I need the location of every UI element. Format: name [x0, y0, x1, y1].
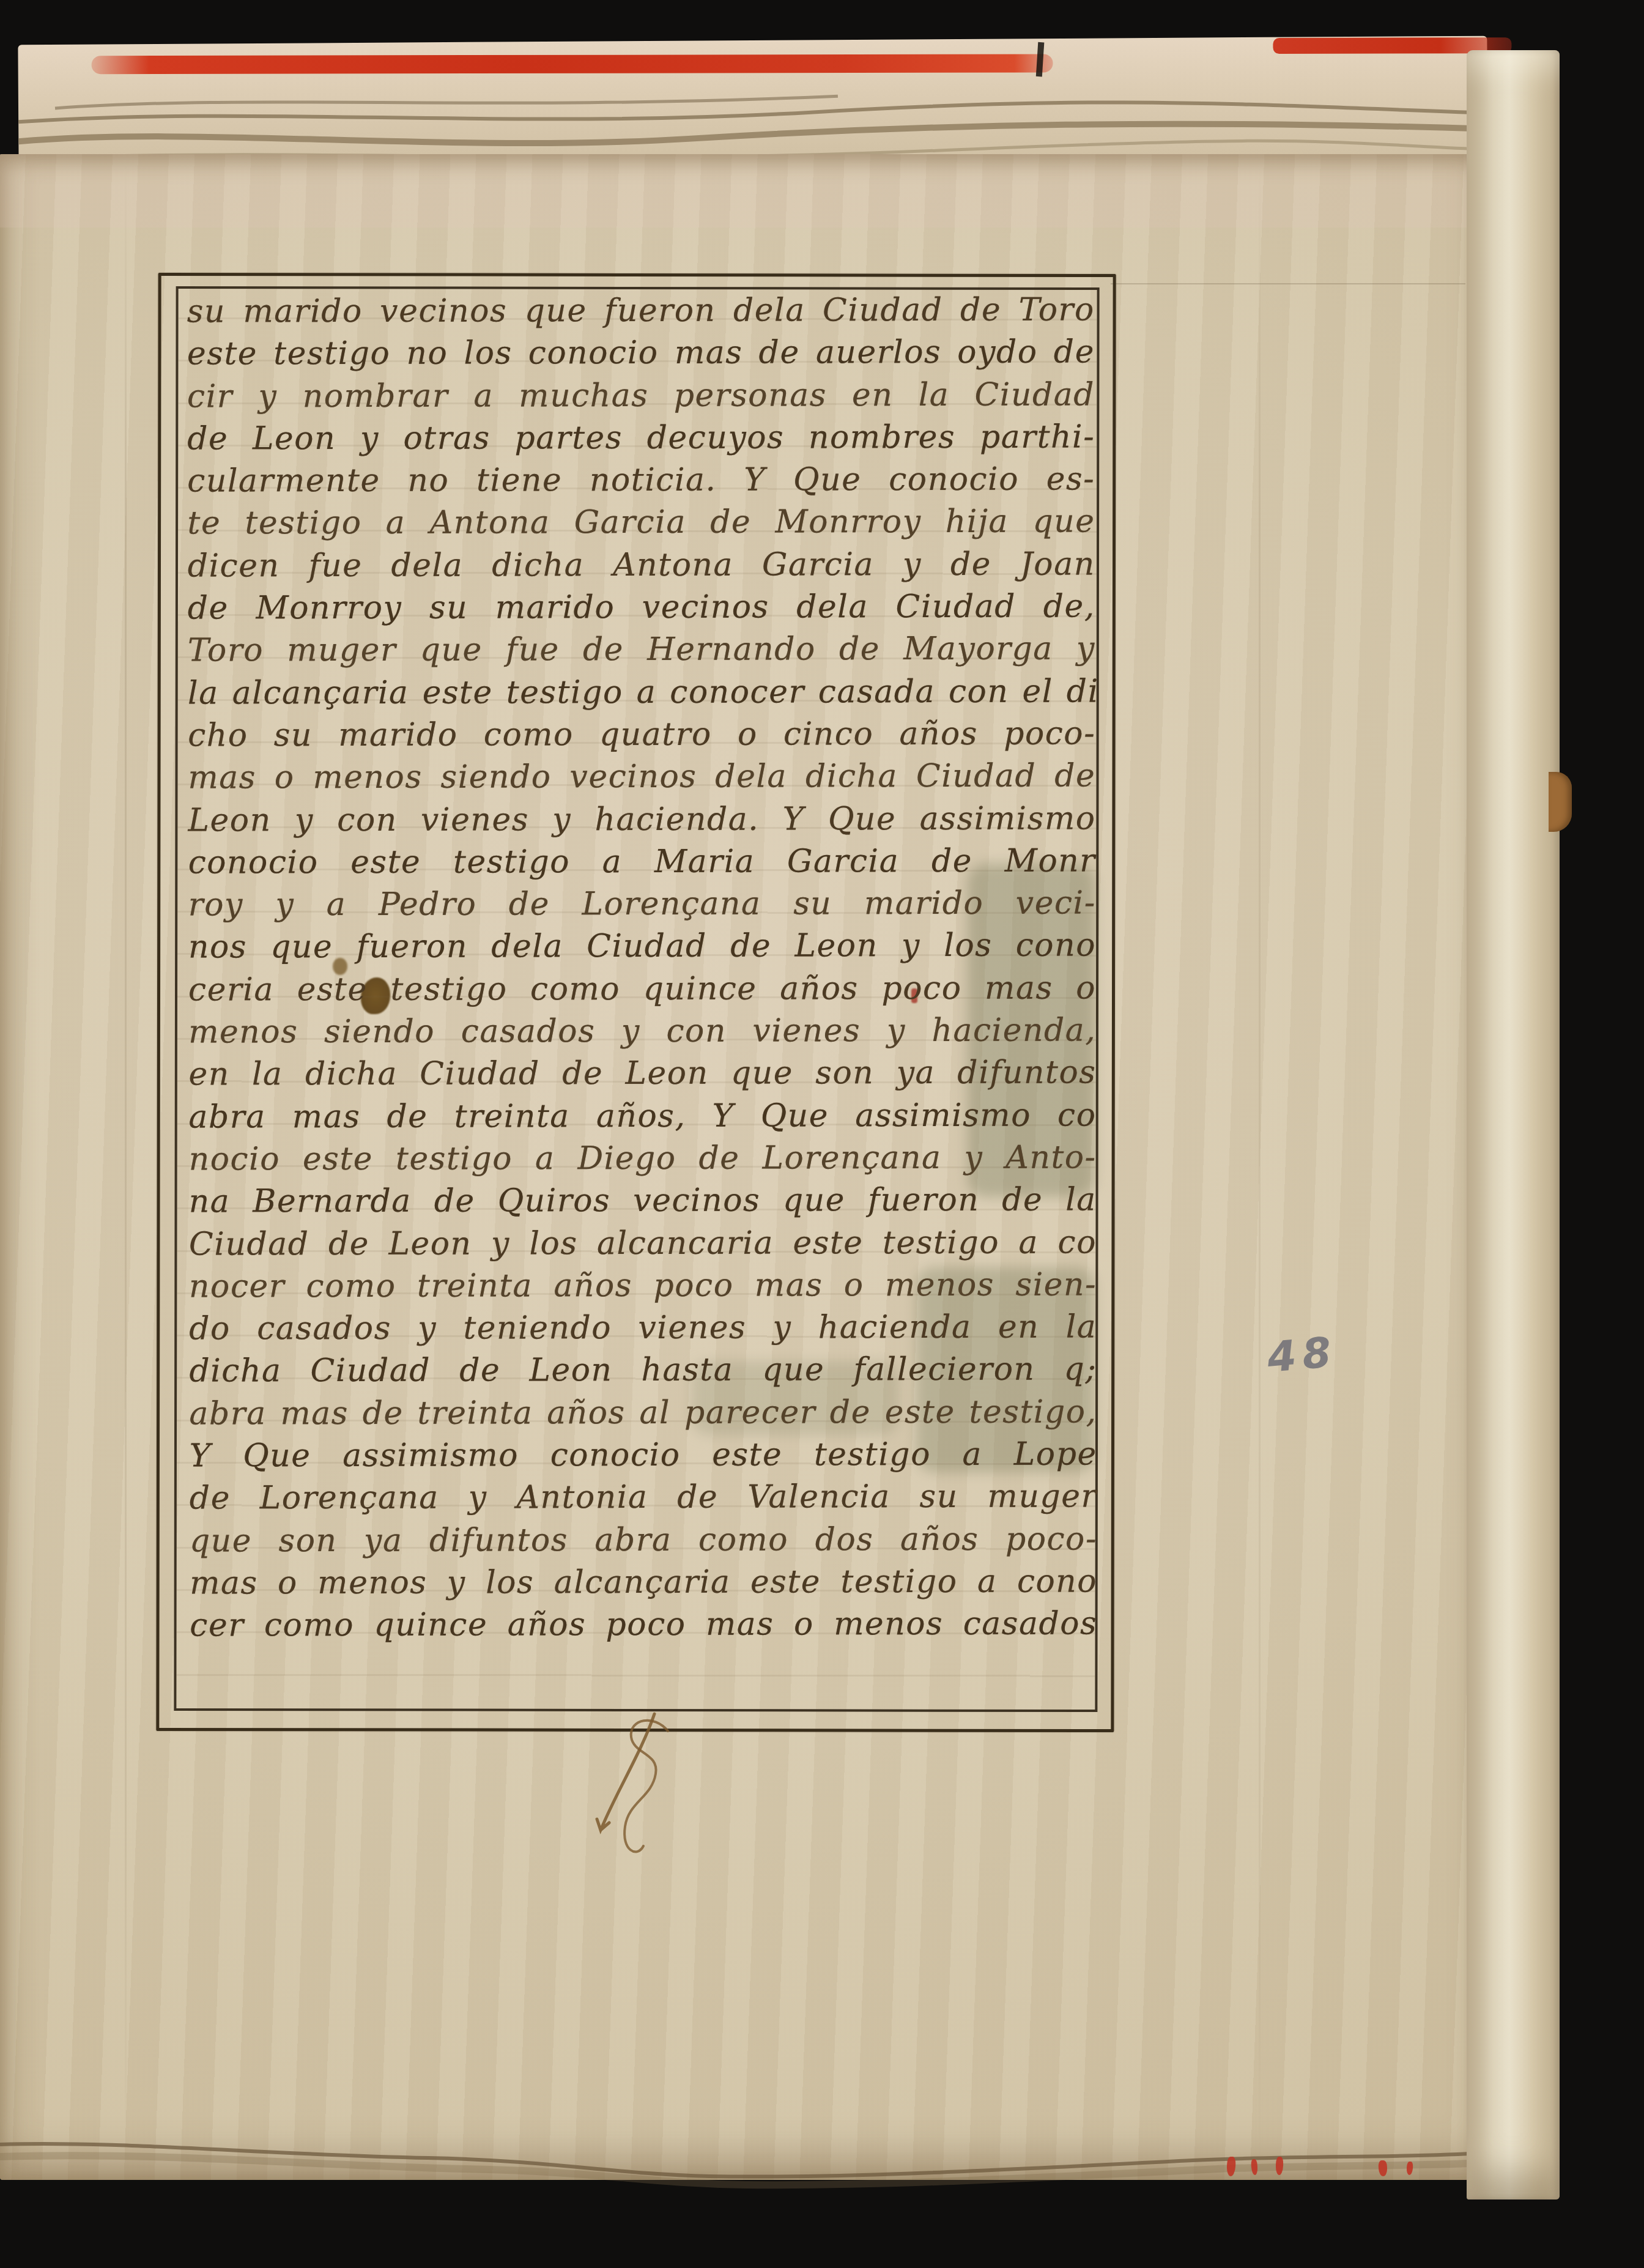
manuscript-line: dicha Ciudad de Leon hasta que fallecier…	[189, 1349, 1097, 1393]
red-edge-stain-left	[92, 54, 1053, 74]
manuscript-line: cer como quince años poco mas o menos ca…	[190, 1603, 1097, 1647]
manuscript-line: conocio este testigo a Maria Garcia de M…	[188, 840, 1096, 884]
manuscript-line: Leon y con vienes y hacienda. Y Que assi…	[188, 798, 1095, 842]
manuscript-line: cularmente no tiene noticia. Y Que conoc…	[187, 459, 1095, 503]
manuscript-line: de Leon y otras partes decuyos nombres p…	[187, 416, 1095, 460]
manuscript-line: abra mas de treinta años al parecer de e…	[189, 1391, 1097, 1435]
manuscript-line: abra mas de treinta años, Y Que assimism…	[188, 1094, 1096, 1138]
scribal-flourish-icon	[563, 1710, 709, 1881]
manuscript-line: que son ya difuntos abra como dos años p…	[190, 1518, 1097, 1562]
page-bottom-edge	[0, 2122, 1483, 2202]
manuscript-line: de Monrroy su marido vecinos dela Ciudad…	[188, 586, 1095, 630]
page-stack-top-edge	[18, 36, 1487, 174]
manuscript-line: mas o menos siendo vecinos dela dicha Ci…	[188, 755, 1095, 799]
manuscript-line: nos que fueron dela Ciudad de Leon y los…	[188, 925, 1096, 969]
manuscript-line: cir y nombrar a muchas personas en la Ci…	[187, 374, 1095, 418]
leather-index-tab	[1549, 772, 1572, 832]
manuscript-line: menos siendo casados y con vienes y haci…	[188, 1009, 1096, 1053]
manuscript-line: te testigo a Antona Garcia de Monrroy hi…	[187, 501, 1095, 545]
manuscript-line: roy y a Pedro de Lorençana su marido vec…	[188, 883, 1096, 927]
manuscript-line: la alcançaria este testigo a conocer cas…	[188, 670, 1095, 714]
manuscript-line: ceria este testigo como quince años poco…	[188, 967, 1096, 1011]
folio-number-pencil: 48	[1265, 1328, 1339, 1382]
manuscript-line: Y Que assimismo conocio este testigo a L…	[190, 1433, 1097, 1477]
manuscript-line: nocio este testigo a Diego de Lorençana …	[189, 1136, 1097, 1180]
manuscript-text-block: su marido vecinos que fueron dela Ciudad…	[187, 289, 1098, 1647]
manuscript-line: Toro muger que fue de Hernando de Mayorg…	[188, 628, 1095, 672]
manuscript-line: do casados y teniendo vienes y hacienda …	[189, 1306, 1097, 1351]
manuscript-line: su marido vecinos que fueron dela Ciudad…	[187, 289, 1095, 333]
manuscript-line: na Bernarda de Quiros vecinos que fueron…	[189, 1179, 1097, 1223]
manuscript-line: dicen fue dela dicha Antona Garcia y de …	[188, 543, 1095, 587]
manuscript-line: este testigo no los conocio mas de auerl…	[187, 332, 1095, 376]
manuscript-line: Ciudad de Leon y los alcancaria este tes…	[189, 1221, 1097, 1266]
vertical-crease-left	[125, 160, 127, 2166]
manuscript-line: nocer como treinta años poco mas o menos…	[189, 1264, 1097, 1308]
scan-backdrop: { "manuscript": { "folio_number_pencil":…	[0, 0, 1644, 2268]
manuscript-line: mas o menos y los alcançaria este testig…	[190, 1560, 1097, 1604]
manuscript-line: en la dicha Ciudad de Leon que son ya di…	[188, 1052, 1096, 1096]
horizontal-crease	[1111, 283, 1465, 284]
manuscript-line: cho su marido como quatro o cinco años p…	[188, 713, 1095, 757]
vertical-crease-right	[1259, 160, 1261, 2173]
book-fore-edge	[1467, 50, 1560, 2199]
manuscript-line: de Lorençana y Antonia de Valencia su mu…	[190, 1476, 1097, 1520]
